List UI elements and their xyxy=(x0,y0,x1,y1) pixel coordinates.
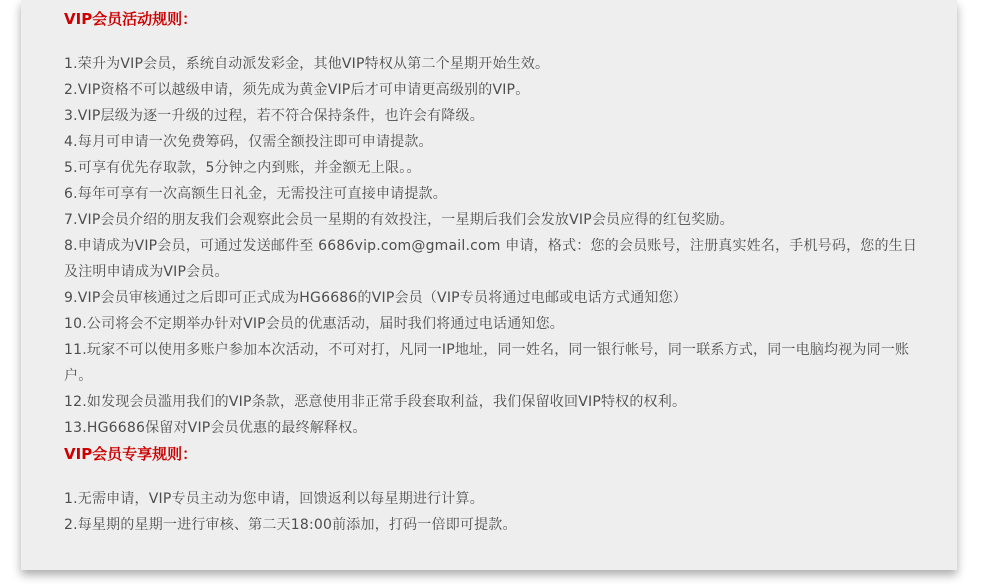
rule-item: 9.VIP会员审核通过之后即可正式成为HG6686的VIP会员（VIP专员将通过… xyxy=(64,285,930,311)
exclusive-rules-list: 1.无需申请，VIP专员主动为您申请，回馈返利以每星期进行计算。 2.每星期的星… xyxy=(64,486,930,538)
rule-item: 13.HG6686保留对VIP会员优惠的最终解释权。 xyxy=(64,415,930,441)
rule-item: 4.每月可申请一次免费筹码，仅需全额投注即可申请提款。 xyxy=(64,129,930,155)
page: VIP会员活动规则： 1.荣升为VIP会员，系统自动派发彩金，其他VIP特权从第… xyxy=(0,0,981,584)
vip-rules-panel: VIP会员活动规则： 1.荣升为VIP会员，系统自动派发彩金，其他VIP特权从第… xyxy=(21,0,957,570)
rule-item: 2.每星期的星期一进行审核、第二天18:00前添加，打码一倍即可提款。 xyxy=(64,512,930,538)
rule-item: 6.每年可享有一次高额生日礼金，无需投注可直接申请提款。 xyxy=(64,181,930,207)
rule-item: 1.无需申请，VIP专员主动为您申请，回馈返利以每星期进行计算。 xyxy=(64,486,930,512)
rule-item: 5.可享有优先存取款，5分钟之内到账，并金额无上限。。 xyxy=(64,155,930,181)
rule-item: 7.VIP会员介绍的朋友我们会观察此会员一星期的有效投注，一星期后我们会发放VI… xyxy=(64,207,930,233)
rule-item: 10.公司将会不定期举办针对VIP会员的优惠活动，届时我们将通过电话通知您。 xyxy=(64,311,930,337)
rule-item: 12.如发现会员滥用我们的VIP条款，恶意使用非正常手段套取利益，我们保留收回V… xyxy=(64,389,930,415)
rule-item: 1.荣升为VIP会员，系统自动派发彩金，其他VIP特权从第二个星期开始生效。 xyxy=(64,51,930,77)
rule-item: 11.玩家不可以使用多账户参加本次活动，不可对打，凡同一IP地址，同一姓名，同一… xyxy=(64,337,930,389)
exclusive-rules-heading: VIP会员专享规则： xyxy=(64,441,930,467)
rule-item: 8.申请成为VIP会员，可通过发送邮件至 6686vip.com@gmail.c… xyxy=(64,233,930,285)
rule-item: 2.VIP资格不可以越级申请，须先成为黄金VIP后才可申请更高级别的VIP。 xyxy=(64,77,930,103)
activity-rules-list: 1.荣升为VIP会员，系统自动派发彩金，其他VIP特权从第二个星期开始生效。 2… xyxy=(64,51,930,441)
activity-rules-heading: VIP会员活动规则： xyxy=(64,6,930,32)
rule-item: 3.VIP层级为逐一升级的过程，若不符合保持条件，也许会有降级。 xyxy=(64,103,930,129)
